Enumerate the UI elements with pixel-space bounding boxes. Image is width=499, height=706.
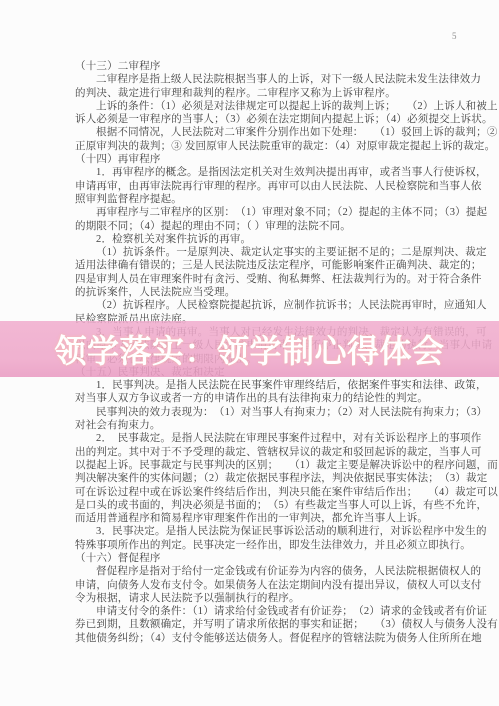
text-line: 诉人必须是一审程序的当事人；（3）必须在法定期间内提起上诉；（4）必须提交上诉状… xyxy=(75,113,475,126)
watermark-band: 领学落实：领学制心得体会 xyxy=(0,321,499,377)
text-line: 券已到期，且数额确定，并写明了请求所依据的事实和证据； （3）债权人与债务人没有 xyxy=(75,618,475,631)
page-number: 5 xyxy=(452,31,457,41)
text-line: 再审程序与二审程序的区别： （1）审理对象不同；（2）提起的主体不同；（3）提起 xyxy=(75,206,475,219)
text-line: 民事判决的效力表现为： （1）对当事人有拘束力；（2）对人民法院有拘束力；（3） xyxy=(75,406,475,419)
text-line: 1．再审程序的概念。是指因法定机关对生效判决提出再审，或者当事人行使诉权， xyxy=(75,166,475,179)
text-line: 适用法律确有错误的；三是人民法院违反法定程序，可能影响案件正确判决、裁定的； xyxy=(75,259,475,272)
text-line: 判决解决案件的实体问题；（2）裁定依据民事程序法，判决依据民事实体法； （3）裁… xyxy=(75,472,475,485)
text-line: 四是审判人员在审理案件时有贪污、受贿、徇私舞弊、枉法裁判行为的。对于符合条件 xyxy=(75,273,475,286)
text-line: 而适用普通程序和简易程序审理案件作出的一审判决，都允许当事人上诉。 xyxy=(75,512,475,525)
text-line: 二审程序是指上级人民法院根据当事人的上诉，对下一级人民法院未发生法律效力 xyxy=(75,73,475,86)
text-line: 2． 民事裁定。是指人民法院在审理民事案件过程中，对有关诉讼程序上的事项作 xyxy=(75,432,475,445)
text-line: 申请支付令的条件：（1）请求给付金钱或者有价证券； （2）请求的金钱或者有价证 xyxy=(75,605,475,618)
text-line: （十三）二审程序 xyxy=(75,60,475,73)
text-line: 申请，向债务人发布支付令。如果债务人在法定期间内没有提出异议，债权人可以支付 xyxy=(75,579,475,592)
text-line: 出的判定。其中对于不予受理的裁定、管辖权异议的裁定和驳回起诉的裁定，当事人可 xyxy=(75,446,475,459)
text-line: 其他债务纠纷；（4）支付令能够送达债务人。督促程序的管辖法院为债务人住所所在地 xyxy=(75,632,475,645)
text-line: （2）抗诉程序。人民检察院提起抗诉，应制作抗诉书；人民法院再审时，应通知人 xyxy=(75,299,475,312)
text-line: 正原审判决的裁判；③ 发回原审人民法院重审的裁定：（4）对原审裁定提起上诉的裁定… xyxy=(75,140,475,153)
text-line: 对社会有拘束力。 xyxy=(75,419,475,432)
text-line: （1）抗诉条件。一是原判决、裁定认定事实的主要证据不足的；二是原判决、裁定 xyxy=(75,246,475,259)
text-line: （十六）督促程序 xyxy=(75,552,475,565)
text-line: 申请再审，由再审法院再行审理的程序。再审可以由人民法院、人民检察院和当事人依 xyxy=(75,180,475,193)
text-line: 3．民事决定。是指人民法院为保证民事诉讼活动的顺利进行，对诉讼程序中发生的 xyxy=(75,525,475,538)
text-line: 以提起上诉。民事裁定与民事判决的区别； （1）裁定主要是解决诉讼中的程序问题，而 xyxy=(75,459,475,472)
text-line: 照审判监督程序提起。 xyxy=(75,193,475,206)
text-line: 可在诉讼过程中或在诉讼案件终结后作出，判决只能在案件审结后作出； （4）裁定可以 xyxy=(75,486,475,499)
document-page: 5 （十三）二审程序二审程序是指上级人民法院根据当事人的上诉，对下一级人民法院未… xyxy=(0,0,499,706)
text-line: 上诉的条件：（1）必须是对法律规定可以提起上诉的裁判上诉； （2）上诉人和被上 xyxy=(75,100,475,113)
text-line: 的判决、裁定进行审理和裁判的程序。二审程序又称为上诉审程序。 xyxy=(75,87,475,100)
text-line: （十四）再审程序 xyxy=(75,153,475,166)
text-line: 令为根据，请求人民法院予以强制执行的程序。 xyxy=(75,592,475,605)
watermark-text: 领学落实：领学制心得体会 xyxy=(54,326,444,372)
text-line: 的期限不同；（4）提起的理由不同；（ ）审理的法院不同。 xyxy=(75,220,475,233)
text-line: 特殊事项所作出的判定。民事决定一经作出，即发生法律效力，并且必须立即执行。 xyxy=(75,539,475,552)
text-line: 是口头的或书面的，判决必须是书面的； （5）有些裁定当事人可以上诉，有些不允许， xyxy=(75,499,475,512)
text-line: 的抗诉案件，人民法院应当受理。 xyxy=(75,286,475,299)
text-line: 根据不同情况，人民法院对二审案件分别作出如下处理： （1）驳回上诉的裁判；② 改 xyxy=(75,126,475,139)
text-line: 督促程序是指对于给付一定金钱或有价证券为内容的债务，人民法院根据债权人的 xyxy=(75,565,475,578)
text-line: 1．民事判决。是指人民法院在民事案件审理终结后，依据案件事实和法律、政策， xyxy=(75,379,475,392)
text-line: 2．检察机关对案件抗诉的再审。 xyxy=(75,233,475,246)
text-line: 对当事人双方争议或者一方的申请作出的具有法律拘束力的结论性的判定。 xyxy=(75,392,475,405)
